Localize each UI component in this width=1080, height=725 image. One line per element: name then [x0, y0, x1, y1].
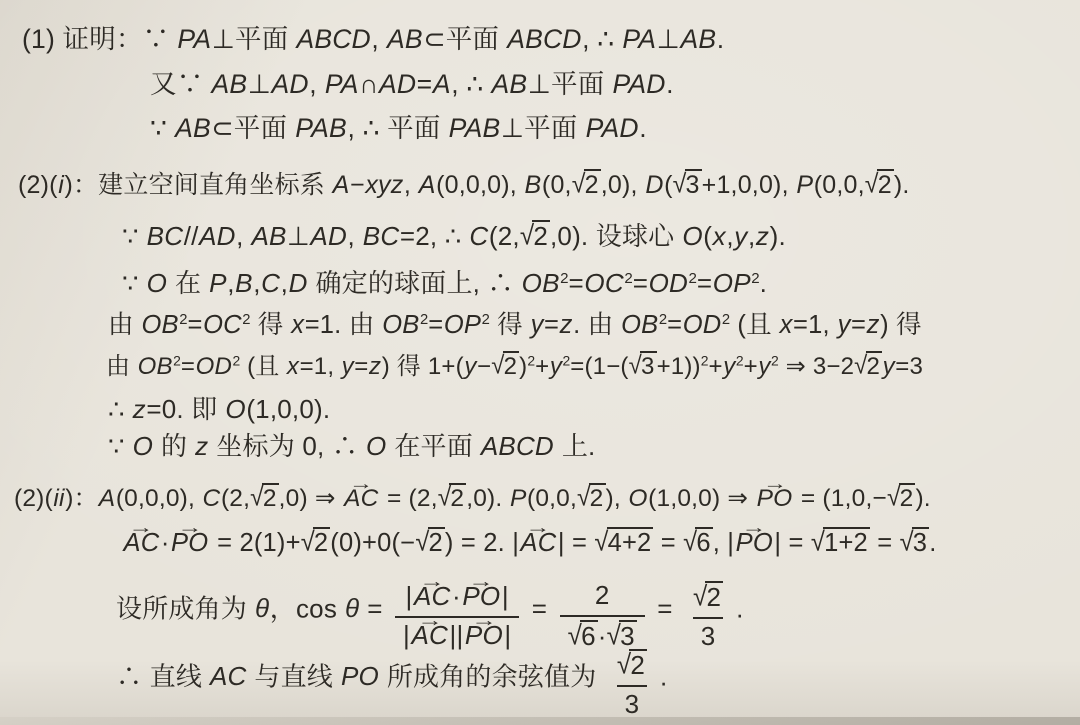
solution-line-12-dot-product-norms: AC·PO = 2(1)+√2(0)+0(−√2) = 2. |AC| = √4… — [122, 527, 936, 561]
paper: (1) 证明：∵ PA⊥平面 ABCD, AB⊂平面 ABCD, ∴ PA⊥AB… — [0, 0, 1080, 725]
solution-line-6-sphere-condition: ∵ O 在 P,B,C,D 确定的球面上, ∴ OB2=OC2=OD2=OP2. — [122, 266, 767, 300]
solution-line-11-vectors-ac-po: (2)(ii)：A(0,0,0), C(2,√2,0) ⇒ AC = (2,√2… — [14, 483, 931, 515]
solution-line-7-equations-x-y-z: 由 OB2=OC2 得 x=1. 由 OB2=OP2 得 y=z. 由 OB2=… — [108, 309, 922, 343]
solution-line-5-point-c-and-center-o: ∵ BC//AD, AB⊥AD, BC=2, ∴ C(2,√2,0). 设球心 … — [122, 219, 786, 253]
solution-line-1-proof-pa-perp-ab: (1) 证明：∵ PA⊥平面 ABCD, AB⊂平面 ABCD, ∴ PA⊥AB… — [22, 22, 724, 57]
solution-line-14-final-answer: ∴ 直线 AC 与直线 PO 所成角的余弦值为 √23. — [116, 636, 667, 721]
solution-line-8-expanded-equation: 由 OB2=OD2 (且 x=1, y=z) 得 1+(y−√2)2+y2=(1… — [106, 351, 923, 383]
solution-line-2-ab-perp-plane-pad: 又∵ AB⊥AD, PA∩AD=A, ∴ AB⊥平面 PAD. — [150, 67, 674, 102]
solution-line-9-z-zero-o-result: ∴ z=0. 即 O(1,0,0). — [108, 392, 330, 426]
solution-line-3-plane-pab-perp-pad: ∵ AB⊂平面 PAB, ∴ 平面 PAB⊥平面 PAD. — [150, 111, 647, 146]
solution-line-10-o-on-plane-abcd: ∵ O 的 z 坐标为 0, ∴ O 在平面 ABCD 上. — [108, 429, 595, 463]
solution-line-4-coordinate-setup: (2)(i)：建立空间直角坐标系 A−xyz, A(0,0,0), B(0,√2… — [18, 169, 909, 202]
